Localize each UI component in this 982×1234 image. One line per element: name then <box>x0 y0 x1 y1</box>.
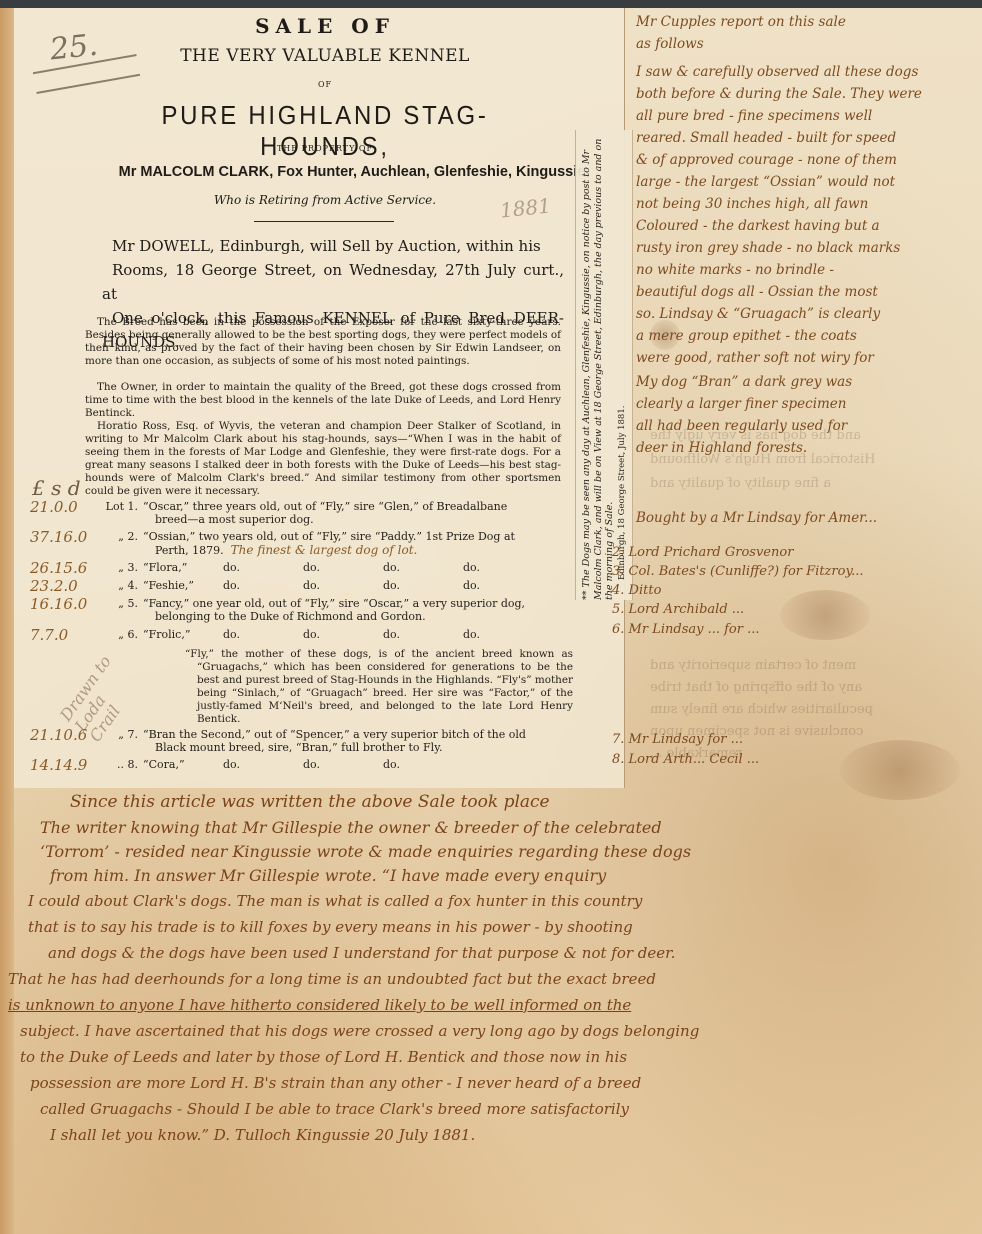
handwritten-line: rusty iron grey shade - no black marks <box>636 240 982 256</box>
lot-text: “Bran the Second,” out of “Spencer,” a v… <box>143 728 526 741</box>
ditto-mark: do. <box>383 628 463 641</box>
handwritten-line: no white marks - no brindle - <box>636 262 982 278</box>
side-imprint: Edinburgh, 18 George Street, July 1881. <box>617 340 627 580</box>
lot-number: „ 3. <box>98 561 138 574</box>
buyers-header: Bought by a Mr Lindsay for Amer... <box>636 510 982 526</box>
handwritten-line: I could about Clark's dogs. The man is w… <box>28 892 642 910</box>
lot-description: “Bran the Second,” out of “Spencer,” a v… <box>143 728 563 754</box>
lot-description: “Cora,”do.do.do. <box>143 758 563 771</box>
handwritten-line: That he has had deerhounds for a long ti… <box>8 970 656 988</box>
paragraph-testimony: Horatio Ross, Esq. of Wyvis, the veteran… <box>85 420 561 498</box>
buyer-lot-number: 6. <box>612 622 624 637</box>
lot-description: “Flora,”do.do.do.do. <box>143 561 563 574</box>
buyer-name: Lord Prichard Grosvenor <box>629 545 794 560</box>
handwritten-line: is unknown to anyone I have hitherto con… <box>8 996 631 1014</box>
lot-price: 16.16.0 <box>30 595 96 613</box>
buyer-name: Mr Lindsay for ... <box>629 732 743 747</box>
buyer-name: Col. Bates's (Cunliffe?) for Fitzroy... <box>629 564 864 579</box>
lot-text-cont: breed—a most superior dog. <box>143 513 563 526</box>
handwritten-line: called Gruagachs - Should I be able to t… <box>40 1100 629 1118</box>
handwritten-annotation: The finest & largest dog of lot. <box>231 543 418 557</box>
handwritten-line: and dogs & the dogs have been used I und… <box>48 944 675 962</box>
lot-number: Lot 1. <box>98 500 138 513</box>
handwritten-line: as follows <box>636 36 982 52</box>
handwritten-line: not being 30 inches high, all fawn <box>636 196 982 212</box>
handwritten-line: Coloured - the darkest having but a <box>636 218 982 234</box>
handwritten-line: all had been regularly used for <box>636 418 982 434</box>
handwritten-line: were good, rather soft not wiry for <box>636 350 982 366</box>
handwritten-line: reared. Small headed - built for speed <box>636 130 982 146</box>
ditto-mark: do. <box>223 561 303 574</box>
ditto-mark: do. <box>303 561 383 574</box>
handwritten-line: from him. In answer Mr Gillespie wrote. … <box>50 866 606 885</box>
lot-row: 21.0.0 Lot 1. “Oscar,” three years old, … <box>0 500 600 530</box>
lot-text-cont: Perth, 1879. The finest & largest dog of… <box>143 543 563 557</box>
handwritten-line: clearly a larger finer specimen <box>636 396 982 412</box>
buyer-lot-number: 3. <box>612 564 624 579</box>
buyer-name: Lord Arth... Cecil ... <box>629 752 760 767</box>
fly-pedigree-note: “Fly,” the mother of these dogs, is of t… <box>185 648 573 726</box>
ditto-mark: do. <box>223 628 303 641</box>
lot-text: “Flora,” <box>143 561 223 574</box>
lot-description: “Frolic,”do.do.do.do. <box>143 628 563 641</box>
lot-list-continued: 21.10.6 „ 7. “Bran the Second,” out of “… <box>0 728 600 776</box>
show-through-text: any of the offspring of that tribe <box>650 680 862 695</box>
retiring-line: Who is Retiring from Active Service. <box>78 193 572 207</box>
lot-text: “Cora,” <box>143 758 223 771</box>
buyer-lot-number: 4. <box>612 583 624 598</box>
lot-number: „ 5. <box>98 597 138 610</box>
heading-kennel: THE VERY VALUABLE KENNEL <box>78 46 572 66</box>
ditto-mark: do. <box>303 628 383 641</box>
buyer-row: 2. Lord Prichard Grosvenor <box>612 545 793 560</box>
ditto-mark: do. <box>223 579 303 592</box>
handwritten-signature-line: I shall let you know.” D. Tulloch Kingus… <box>50 1126 475 1144</box>
currency-header: £ s d <box>32 476 81 500</box>
heading-sale: SALE OF <box>78 14 572 38</box>
buyer-lot-number: 5. <box>612 602 624 617</box>
ditto-mark: do. <box>383 561 463 574</box>
ditto-mark: do. <box>383 758 463 771</box>
handwritten-line: large - the largest “Ossian” would not <box>636 174 982 190</box>
buyer-row: 6. Mr Lindsay ... for ... <box>612 622 760 637</box>
handwritten-line: both before & during the Sale. They were <box>636 86 982 102</box>
lot-description: “Ossian,” two years old, out of “Fly,” s… <box>143 530 563 557</box>
lot-text-cont: belonging to the Duke of Richmond and Go… <box>143 610 563 623</box>
handwritten-line: I saw & carefully observed all these dog… <box>636 64 982 80</box>
lot-price: 14.14.9 <box>30 756 96 774</box>
buyer-name: Ditto <box>629 583 662 598</box>
ditto-mark: do. <box>383 579 463 592</box>
show-through-text: a fine quality of quality and <box>650 476 831 491</box>
paragraph-breed: The Breed has been in the possession of … <box>85 316 561 368</box>
handwritten-line: beautiful dogs all - Ossian the most <box>636 284 982 300</box>
lot-row: 14.14.9 .. 8. “Cora,”do.do.do. <box>0 758 600 776</box>
lot-row: 37.16.0 „ 2. “Ossian,” two years old, ou… <box>0 530 600 561</box>
lot-text: “Feshie,” <box>143 579 223 592</box>
lot-price: 23.2.0 <box>30 577 96 595</box>
ditto-mark: do. <box>463 561 543 574</box>
handwritten-line: The writer knowing that Mr Gillespie the… <box>40 818 662 837</box>
scan-top-edge <box>0 0 982 8</box>
lot-description: “Fancy,” one year old, out of “Fly,” sir… <box>143 597 563 623</box>
lot-price: 37.16.0 <box>30 528 96 546</box>
handwritten-line: that is to say his trade is to kill foxe… <box>28 918 633 936</box>
lot-number: „ 6. <box>98 628 138 641</box>
handwritten-line: possession are more Lord H. B's strain t… <box>30 1074 641 1092</box>
stain <box>840 740 960 800</box>
lot-text: “Oscar,” three years old, out of “Fly,” … <box>143 500 507 513</box>
lot-description: “Feshie,”do.do.do.do. <box>143 579 563 592</box>
handwritten-line: deer in Highland forests. <box>636 440 982 456</box>
ditto-mark: do. <box>463 628 543 641</box>
buyer-row: 5. Lord Archibald ... <box>612 602 744 617</box>
lot-text-cont-printed: Perth, 1879. <box>155 544 224 557</box>
buyer-lot-number: 7. <box>612 732 624 747</box>
auction-line: Rooms, 18 George Street, on Wednesday, 2… <box>102 258 564 306</box>
handwritten-line: all pure bred - fine specimens well <box>636 108 982 124</box>
lot-text-cont: Black mount breed, sire, “Bran,” full br… <box>143 741 563 754</box>
handwritten-line: & of approved courage - none of them <box>636 152 982 168</box>
lot-description: “Oscar,” three years old, out of “Fly,” … <box>143 500 563 526</box>
handwritten-line: Mr Cupples report on this sale <box>636 14 982 30</box>
handwritten-line: to the Duke of Leeds and later by those … <box>20 1048 627 1066</box>
owner-line: Mr MALCOLM CLARK, Fox Hunter, Auchlean, … <box>84 164 624 180</box>
handwritten-line: Since this article was written the above… <box>70 792 550 812</box>
lot-number: „ 7. <box>98 728 138 741</box>
handwritten-line: subject. I have ascertained that his dog… <box>20 1022 699 1040</box>
buyer-row: 8. Lord Arth... Cecil ... <box>612 752 759 767</box>
divider-rule <box>254 221 394 222</box>
lot-number: „ 2. <box>98 530 138 543</box>
side-notice: ** The Dogs may be seen any day at Auchl… <box>581 130 616 600</box>
lot-list: 21.0.0 Lot 1. “Oscar,” three years old, … <box>0 500 600 646</box>
stain <box>780 590 870 640</box>
buyer-lot-number: 8. <box>612 752 624 767</box>
heading-property: THE PROPERTY OF <box>78 144 572 153</box>
handwritten-line: My dog “Bran” a dark grey was <box>636 374 982 390</box>
lot-price: 21.0.0 <box>30 498 96 516</box>
lot-row: 7.7.0 „ 6. “Frolic,”do.do.do.do. <box>0 628 600 646</box>
ditto-mark: do. <box>463 579 543 592</box>
show-through-text: ment of certain superiority and <box>650 658 856 673</box>
heading-of: OF <box>78 80 572 89</box>
buyer-row: 7. Mr Lindsay for ... <box>612 732 743 747</box>
handwritten-line: so. Lindsay & “Gruagach” is clearly <box>636 306 982 322</box>
ditto-mark: do. <box>303 758 383 771</box>
lot-number: „ 4. <box>98 579 138 592</box>
buyer-name: Lord Archibald ... <box>629 602 745 617</box>
show-through-text: peculiarities which are finely sum <box>650 702 873 717</box>
handwritten-line: ‘Torrom’ - resided near Kingussie wrote … <box>40 842 691 861</box>
auction-line: Mr DOWELL, Edinburgh, will Sell by Aucti… <box>102 234 564 258</box>
lot-row: 16.16.0 „ 5. “Fancy,” one year old, out … <box>0 597 600 628</box>
lot-row: 21.10.6 „ 7. “Bran the Second,” out of “… <box>0 728 600 758</box>
ditto-mark: do. <box>223 758 303 771</box>
ditto-mark: do. <box>303 579 383 592</box>
lot-price: 21.10.6 <box>30 726 96 744</box>
lot-text: “Fancy,” one year old, out of “Fly,” sir… <box>143 597 525 610</box>
lot-text: “Frolic,” <box>143 628 223 641</box>
buyer-row: 4. Ditto <box>612 583 661 598</box>
lot-price: 26.15.6 <box>30 559 96 577</box>
lot-number: .. 8. <box>98 758 138 771</box>
lot-text: “Ossian,” two years old, out of “Fly,” s… <box>143 530 515 543</box>
buyer-lot-number: 2. <box>612 545 624 560</box>
buyer-name: Mr Lindsay ... for ... <box>629 622 760 637</box>
pencil-year: 1881 <box>499 193 552 222</box>
lot-price: 7.7.0 <box>30 626 96 644</box>
paragraph-owner: The Owner, in order to maintain the qual… <box>85 381 561 420</box>
buyer-row: 3. Col. Bates's (Cunliffe?) for Fitzroy.… <box>612 564 863 579</box>
handwritten-line: a mere group epithet - the coats <box>636 328 982 344</box>
